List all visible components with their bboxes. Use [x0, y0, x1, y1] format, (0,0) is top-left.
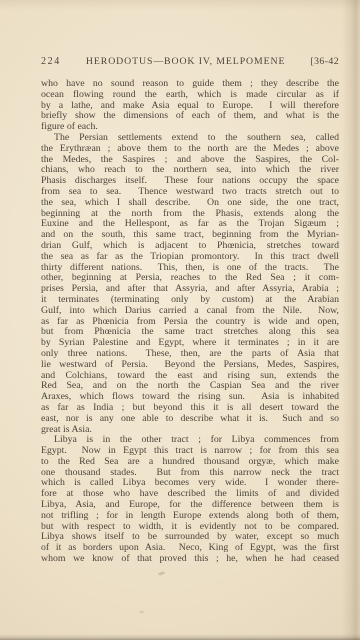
paragraph: who have no sound reason to guide them ;… [41, 79, 339, 133]
text-line: who have no sound reason to guide them ;… [41, 79, 339, 90]
text-line: as far as India ; but beyond this it is … [41, 403, 339, 414]
text-line: to the Red Sea are a hundred thousand or… [41, 457, 339, 468]
text-line: the sea as far as the Triopian promontor… [41, 252, 339, 263]
page-bottom-edge [0, 634, 360, 640]
text-line: which is called Libya becomes very wide.… [41, 478, 339, 489]
text-line: the Erythræan ; above them to the north … [41, 144, 339, 155]
text-line: Araxes, which flows toward the rising su… [41, 392, 339, 403]
text-line: the sea, which I shall describe. On one … [41, 198, 339, 209]
text-line: thirty different nations. This, then, is… [41, 263, 339, 274]
paragraph: The Persian settlements extend to the so… [41, 133, 339, 435]
text-line: and on the south, this same tract, begin… [41, 230, 339, 241]
text-line: other, beginning at Persia, reaches to t… [41, 273, 339, 284]
text-line: from sea to sea. Thence westward two tra… [41, 187, 339, 198]
text-line: but from Phœnicia the same tract stretch… [41, 327, 339, 338]
running-header: 224 HERODOTUS—BOOK IV, MELPOMENE [36-42 [41, 56, 339, 67]
text-line: chians, who reach to the northern sea, i… [41, 165, 339, 176]
print-smudge [158, 571, 166, 576]
text-line: lie westward of Persia. Beyond the Persi… [41, 360, 339, 371]
book-page: 224 HERODOTUS—BOOK IV, MELPOMENE [36-42 … [0, 0, 360, 640]
text-line: of it as borders upon Asia. Neco, King o… [41, 543, 339, 554]
text-line: Libya, Asia, and Europe, for the differe… [41, 500, 339, 511]
text-line: but with respect to width, it is evident… [41, 522, 339, 533]
text-line: only three nations. These, then, are the… [41, 349, 339, 360]
page-number: 224 [41, 56, 61, 67]
text-line: drian Gulf, which is adjacent to Phœnici… [41, 241, 339, 252]
text-line: Libya is in the other tract ; for Libya … [41, 435, 339, 446]
text-line: Phasis discharges itself. These four nat… [41, 176, 339, 187]
text-line: Libya shows itself to be surrounded by w… [41, 532, 339, 543]
print-speck [139, 611, 144, 613]
text-line: Euxine and the Hellespont, as far as the… [41, 219, 339, 230]
text-line: briefly show the dimensions of each of t… [41, 111, 339, 122]
text-line: figure of each. [41, 122, 339, 133]
text-line: Red Sea, and on the north the Caspian Se… [41, 381, 339, 392]
text-line: whom we know of that proved this ; he, w… [41, 554, 339, 565]
text-line: fore at those who have described the lim… [41, 489, 339, 500]
page-text: who have no sound reason to guide them ;… [41, 79, 339, 565]
text-line: great is Asia. [41, 425, 339, 436]
text-line: Egypt. Now in Egypt this tract is narrow… [41, 446, 339, 457]
text-line: and Colchians, toward the east and risin… [41, 371, 339, 382]
page-top-shadow [0, 0, 360, 10]
text-line: Gulf, into which Darius carried a canal … [41, 306, 339, 317]
text-line: one thousand stades. But from this narro… [41, 468, 339, 479]
text-line: by Syrian Palestine and Egypt, where it … [41, 338, 339, 349]
text-line: by a lathe, and make Asia equal to Europ… [41, 101, 339, 112]
text-line: not trifling ; for in length Europe exte… [41, 511, 339, 522]
text-line: prises Persia, and after that Assyria, a… [41, 284, 339, 295]
text-line: the Medes, the Saspires ; and above the … [41, 155, 339, 166]
text-line: The Persian settlements extend to the so… [41, 133, 339, 144]
text-line: it terminates (terminating only by custo… [41, 295, 339, 306]
text-line: beginning at the north from the Phasis, … [41, 209, 339, 220]
text-line: east, nor is any one able to describe wh… [41, 414, 339, 425]
running-title: HERODOTUS—BOOK IV, MELPOMENE [86, 56, 285, 67]
text-line: as far as Phœnicia from Persia the count… [41, 317, 339, 328]
page-edge-shadow [342, 0, 360, 640]
section-range: [36-42 [310, 56, 339, 67]
text-line: ocean flowing round the earth, which is … [41, 90, 339, 101]
paragraph: Libya is in the other tract ; for Libya … [41, 435, 339, 565]
